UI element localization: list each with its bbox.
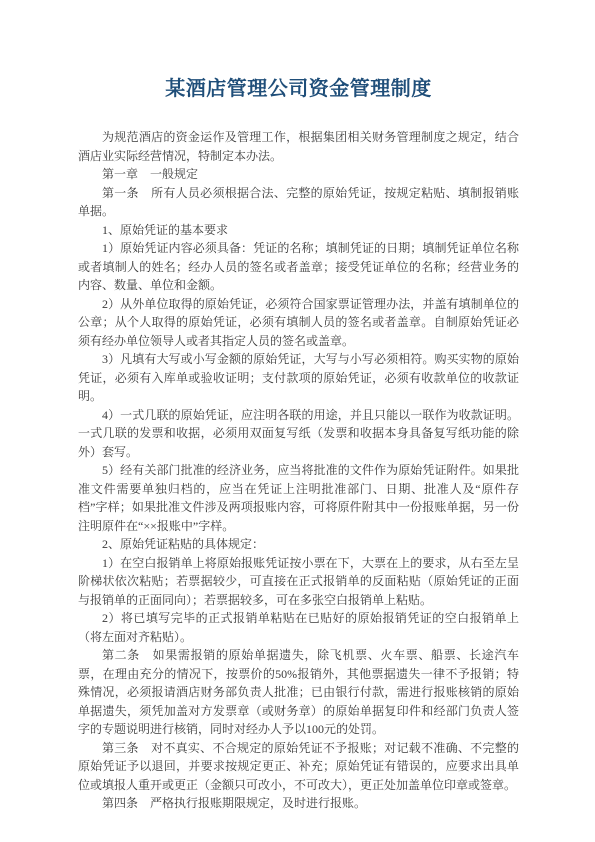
paragraph-item-2: 2、原始凭证粘贴的具体规定： xyxy=(78,535,519,554)
paragraph-article-4: 第四条 严格执行报账期限规定，及时进行报账。 xyxy=(78,794,519,813)
paragraph-item-2-1: 1）在空白报销单上将原始报账凭证按小票在下，大票在上的要求，从右至左呈阶梯状依次… xyxy=(78,554,519,610)
paragraph-item-1-4: 4）一式几联的原始凭证，应注明各联的用途，并且只能以一联作为收款证明。一式几联的… xyxy=(78,406,519,462)
paragraph-item-1: 1、原始凭证的基本要求 xyxy=(78,221,519,240)
heading-chapter-1: 第一章 一般规定 xyxy=(78,165,519,184)
paragraph-intro: 为规范酒店的资金运作及管理工作，根据集团相关财务管理制度之规定，结合酒店业实际经… xyxy=(78,128,519,165)
paragraph-item-1-5: 5）经有关部门批准的经济业务，应当将批准的文件作为原始凭证附件。如果批准文件需要… xyxy=(78,461,519,535)
paragraph-item-1-2: 2）从外单位取得的原始凭证，必须符合国家票证管理办法，并盖有填制单位的公章；从个… xyxy=(78,295,519,351)
paragraph-article-1: 第一条 所有人员必须根据合法、完整的原始凭证，按规定粘贴、填制报销账单据。 xyxy=(78,184,519,221)
page-title: 某酒店管理公司资金管理制度 xyxy=(78,72,519,101)
document-body: 为规范酒店的资金运作及管理工作，根据集团相关财务管理制度之规定，结合酒店业实际经… xyxy=(78,128,519,813)
document-page: 某酒店管理公司资金管理制度 为规范酒店的资金运作及管理工作，根据集团相关财务管理… xyxy=(0,0,595,842)
paragraph-item-1-1: 1）原始凭证内容必须具备：凭证的名称；填制凭证的日期；填制凭证单位名称或者填制人… xyxy=(78,239,519,295)
paragraph-article-3: 第三条 对不真实、不合规定的原始凭证不予报账；对记载不准确、不完整的原始凭证予以… xyxy=(78,739,519,795)
paragraph-item-2-2: 2）将已填写完毕的正式报销单粘贴在已贴好的原始报销凭证的空白报销单上（将左面对齐… xyxy=(78,609,519,646)
paragraph-item-1-3: 3）凡填有大写或小写金额的原始凭证，大写与小写必须相符。购买实物的原始凭证，必须… xyxy=(78,350,519,406)
paragraph-article-2: 第二条 如果需报销的原始单据遗失，除飞机票、火车票、船票、长途汽车票，在理由充分… xyxy=(78,646,519,739)
